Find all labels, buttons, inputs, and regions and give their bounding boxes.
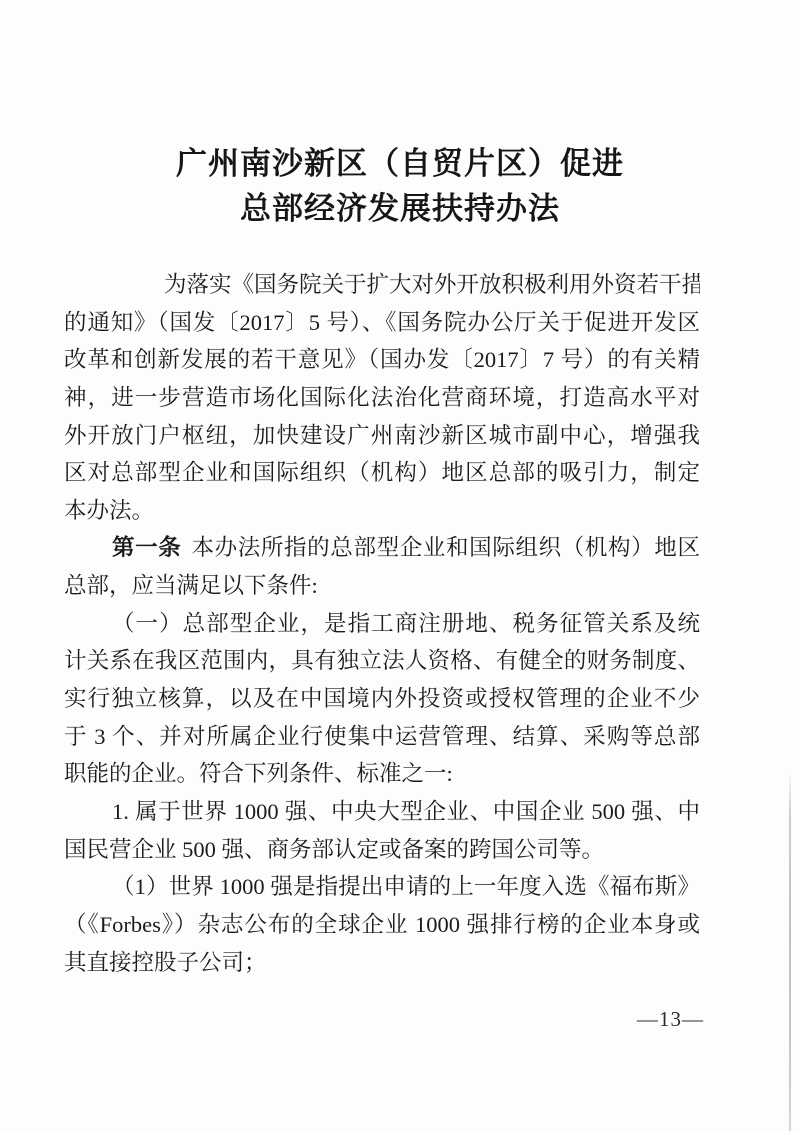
scan-artifact-line: [789, 772, 791, 1131]
body-line: 其直接控股子公司；: [64, 944, 700, 982]
article-lead: 第一条: [112, 535, 181, 560]
line-text: 其直接控股子公司；: [64, 950, 267, 975]
body-line: 本办法。: [64, 492, 700, 530]
body-line: 总部，应当满足以下条件:: [64, 567, 700, 605]
document-body: 为落实《国务院关于扩大对外开放积极利用外资若干措施 的通知》（国发〔2017〕5…: [64, 266, 700, 981]
line-text: 本办法。: [64, 498, 154, 523]
line-text: 国民营企业 500 强、商务部认定或备案的跨国公司等。: [64, 837, 604, 862]
line-text: 外开放门户枢纽，加快建设广州南沙新区城市副中心，增强我: [64, 423, 700, 448]
body-line: 计关系在我区范围内，具有独立法人资格、有健全的财务制度、: [64, 642, 700, 680]
line-text: 神，进一步营造市场化国际化法治化营商环境，打造高水平对: [64, 385, 700, 410]
body-line: 国民营企业 500 强、商务部认定或备案的跨国公司等。: [64, 831, 700, 869]
body-line-article-1: 第一条本办法所指的总部型企业和国际组织（机构）地区: [64, 529, 700, 567]
title-line-2: 总部经济发展扶持办法: [0, 186, 800, 231]
document-page: 广州南沙新区（自贸片区）促进 总部经济发展扶持办法 为落实《国务院关于扩大对外开…: [0, 0, 800, 1131]
document-title: 广州南沙新区（自贸片区）促进 总部经济发展扶持办法: [0, 141, 800, 231]
body-line: （1）世界 1000 强是指提出申请的上一年度入选《福布斯》: [64, 868, 700, 906]
body-line: 1. 属于世界 1000 强、中央大型企业、中国企业 500 强、中: [64, 793, 700, 831]
line-text: 区对总部型企业和国际组织（机构）地区总部的吸引力，制定: [64, 460, 700, 485]
line-text: 改革和创新发展的若干意见》（国办发〔2017〕7 号）的有关精: [64, 347, 700, 372]
line-text: 本办法所指的总部型企业和国际组织（机构）地区: [191, 535, 700, 560]
line-text: 1. 属于世界 1000 强、中央大型企业、中国企业 500 强、中: [112, 799, 700, 824]
body-line: 职能的企业。符合下列条件、标准之一:: [64, 755, 700, 793]
line-text: 实行独立核算，以及在中国境内外投资或授权管理的企业不少: [64, 686, 700, 711]
title-line-1: 广州南沙新区（自贸片区）促进: [0, 141, 800, 186]
body-line: （《Forbes》）杂志公布的全球企业 1000 强排行榜的企业本身或: [64, 906, 700, 944]
body-line: （一）总部型企业，是指工商注册地、税务征管关系及统: [64, 605, 700, 643]
body-line: 实行独立核算，以及在中国境内外投资或授权管理的企业不少: [64, 680, 700, 718]
line-text: （一）总部型企业，是指工商注册地、税务征管关系及统: [112, 611, 700, 636]
line-text: 总部，应当满足以下条件:: [64, 573, 318, 598]
line-text: 于 3 个、并对所属企业行使集中运营管理、结算、采购等总部: [64, 724, 700, 749]
body-line: 改革和创新发展的若干意见》（国办发〔2017〕7 号）的有关精: [64, 341, 700, 379]
body-line: 的通知》（国发〔2017〕5 号）、《国务院办公厅关于促进开发区: [64, 304, 700, 342]
line-text: 为落实《国务院关于扩大对外开放积极利用外资若干措施: [164, 272, 700, 297]
body-line: 神，进一步营造市场化国际化法治化营商环境，打造高水平对: [64, 379, 700, 417]
line-text: 计关系在我区范围内，具有独立法人资格、有健全的财务制度、: [64, 648, 700, 673]
line-text: 职能的企业。符合下列条件、标准之一:: [64, 761, 453, 786]
line-text: （1）世界 1000 强是指提出申请的上一年度入选《福布斯》: [112, 874, 700, 899]
body-line: 为落实《国务院关于扩大对外开放积极利用外资若干措施: [64, 266, 700, 304]
body-line: 于 3 个、并对所属企业行使集中运营管理、结算、采购等总部: [64, 718, 700, 756]
page-number: —13—: [637, 1007, 704, 1032]
line-text: 的通知》（国发〔2017〕5 号）、《国务院办公厅关于促进开发区: [64, 310, 700, 335]
body-line: 外开放门户枢纽，加快建设广州南沙新区城市副中心，增强我: [64, 417, 700, 455]
body-line: 区对总部型企业和国际组织（机构）地区总部的吸引力，制定: [64, 454, 700, 492]
line-text: （《Forbes》）杂志公布的全球企业 1000 强排行榜的企业本身或: [64, 912, 700, 937]
